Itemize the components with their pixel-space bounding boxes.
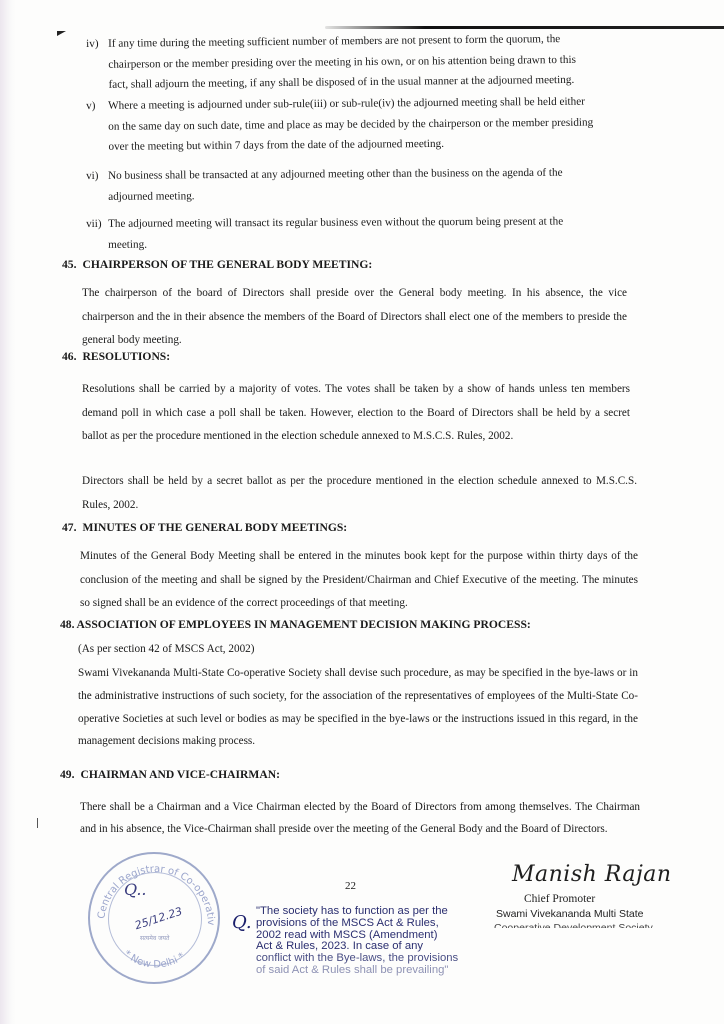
subrule-line: adjourned meeting. <box>108 183 614 207</box>
subrule-v: v) Where a meeting is adjourned under su… <box>86 91 615 157</box>
section-title: ASSOCIATION OF EMPLOYEES IN MANAGEMENT D… <box>77 618 531 631</box>
section-title: CHAIRPERSON OF THE GENERAL BODY MEETING: <box>83 258 373 271</box>
section-46-paragraph-1: Resolutions shall be carried by a majori… <box>82 378 630 449</box>
annotation-line: provisions of the MSCS Act & Rules, <box>256 918 466 930</box>
margin-mark <box>37 818 38 828</box>
section-45-paragraph: The chairperson of the board of Director… <box>82 282 627 353</box>
subrule-number: iv) <box>86 34 109 96</box>
document-page: iv) If any time during the meeting suffi… <box>0 0 724 1024</box>
section-46-paragraph-2: Directors shall be held by a secret ball… <box>82 470 637 517</box>
signatory-title: Chief Promoter <box>524 893 595 905</box>
section-number: 48. <box>60 618 75 631</box>
official-stamp: Central Registrar of Co-operative Societ… <box>88 852 220 984</box>
subrule-vi: vi) No business shall be transacted at a… <box>86 162 614 207</box>
subrule-line: The adjourned meeting will transact its … <box>108 211 614 234</box>
section-46-heading: 46.RESOLUTIONS: <box>62 350 170 363</box>
section-45-heading: 45.CHAIRPERSON OF THE GENERAL BODY MEETI… <box>62 258 372 271</box>
section-49-heading: 49.CHAIRMAN AND VICE-CHAIRMAN: <box>60 768 280 781</box>
section-47-paragraph: Minutes of the General Body Meeting shal… <box>80 545 638 616</box>
section-number: 46. <box>62 350 77 363</box>
subrule-number: vi) <box>86 166 108 207</box>
annotation-line: of said Act & Rules shall be prevailing" <box>256 965 466 977</box>
section-number: 45. <box>62 258 77 271</box>
subrule-number: vii) <box>86 214 108 255</box>
signatory-organization-cutoff: Cooperative Development Society <box>494 922 653 928</box>
corner-mark <box>57 31 66 36</box>
stamp-initial: Q.. <box>124 880 147 899</box>
annotation-note: "The society has to function as per the … <box>256 906 466 977</box>
section-number: 47. <box>62 521 77 534</box>
subrule-iv: iv) If any time during the meeting suffi… <box>86 28 615 95</box>
section-48-paragraph: Swami Vivekananda Multi-State Co-operati… <box>78 662 638 753</box>
section-48-subtitle: (As per section 42 of MSCS Act, 2002) <box>78 639 638 659</box>
section-title: CHAIRMAN AND VICE-CHAIRMAN: <box>81 768 280 781</box>
scan-edge-shadow <box>0 0 16 1024</box>
signatory-organization: Swami Vivekananda Multi State <box>496 908 643 920</box>
section-title: RESOLUTIONS: <box>83 350 171 363</box>
section-47-heading: 47.MINUTES OF THE GENERAL BODY MEETINGS: <box>62 521 347 534</box>
section-number: 49. <box>60 768 75 781</box>
signature: Manish Rajan <box>512 862 672 887</box>
subrule-line: No business shall be transacted at any a… <box>108 162 614 186</box>
subrule-line: meeting. <box>108 232 614 255</box>
svg-text:* New Delhi *: * New Delhi * <box>121 948 187 970</box>
emblem-icon: सत्यमेव जयते <box>140 934 169 942</box>
section-48-heading: 48.ASSOCIATION OF EMPLOYEES IN MANAGEMEN… <box>60 618 531 631</box>
section-title: MINUTES OF THE GENERAL BODY MEETINGS: <box>83 521 348 534</box>
subrule-vii: vii) The adjourned meeting will transact… <box>86 211 614 255</box>
subrule-number: v) <box>86 96 109 158</box>
annotation-initial: Q. <box>232 912 252 933</box>
page-number: 22 <box>345 880 356 892</box>
subrule-line: over the meeting but within 7 days from … <box>108 132 614 157</box>
section-49-paragraph: There shall be a Chairman and a Vice Cha… <box>80 796 640 840</box>
